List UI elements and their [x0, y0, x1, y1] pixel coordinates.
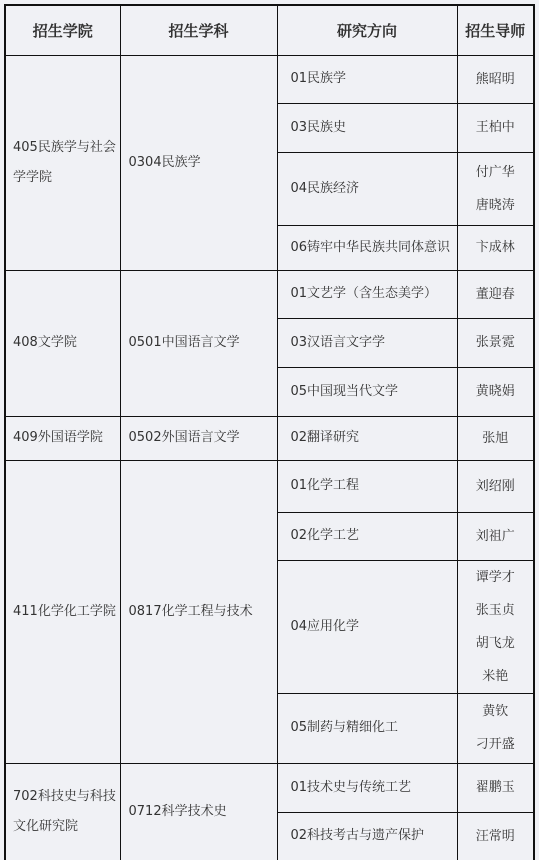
direction-cell: 01化学工程 [277, 460, 457, 512]
header-discipline: 招生学科 [120, 5, 277, 55]
table-row: 411化学化工学院 0817化学工程与技术 01化学工程 刘绍刚 [5, 460, 534, 512]
discipline-cell: 0304民族学 [120, 55, 277, 270]
mentor-cell: 黄钦 刁开盛 [457, 693, 534, 763]
direction-cell: 03汉语言文字学 [277, 318, 457, 367]
header-college: 招生学院 [5, 5, 120, 55]
discipline-cell: 0712科学技术史 [120, 763, 277, 860]
mentor-cell: 谭学才 张玉贞 胡飞龙 米艳 [457, 560, 534, 693]
header-row: 招生学院 招生学科 研究方向 招生导师 [5, 5, 534, 55]
college-cell: 702科技史与科技 文化研究院 [5, 763, 120, 860]
mentor-cell: 张景霓 [457, 318, 534, 367]
table-row: 408文学院 0501中国语言文学 01文艺学（含生态美学） 董迎春 [5, 270, 534, 318]
college-cell: 408文学院 [5, 270, 120, 416]
direction-cell: 01民族学 [277, 55, 457, 103]
discipline-cell: 0502外国语言文学 [120, 416, 277, 460]
mentor-cell: 刘祖广 [457, 512, 534, 560]
discipline-cell: 0501中国语言文学 [120, 270, 277, 416]
mentor-cell: 刘绍刚 [457, 460, 534, 512]
mentor-cell: 卞成林 [457, 225, 534, 270]
mentor-cell: 翟鹏玉 [457, 763, 534, 812]
direction-cell: 04应用化学 [277, 560, 457, 693]
direction-cell: 05中国现当代文学 [277, 367, 457, 416]
college-cell: 405民族学与社会 学学院 [5, 55, 120, 270]
direction-cell: 06铸牢中华民族共同体意识 [277, 225, 457, 270]
direction-cell: 01文艺学（含生态美学） [277, 270, 457, 318]
college-cell: 409外国语学院 [5, 416, 120, 460]
mentor-cell: 熊昭明 [457, 55, 534, 103]
header-mentor: 招生导师 [457, 5, 534, 55]
direction-cell: 02化学工艺 [277, 512, 457, 560]
college-cell: 411化学化工学院 [5, 460, 120, 763]
mentor-cell: 董迎春 [457, 270, 534, 318]
mentor-cell: 付广华 唐晓涛 [457, 152, 534, 225]
header-direction: 研究方向 [277, 5, 457, 55]
direction-cell: 05制药与精细化工 [277, 693, 457, 763]
admissions-table: 招生学院 招生学科 研究方向 招生导师 405民族学与社会 学学院 0304民族… [4, 4, 535, 860]
direction-cell: 02科技考古与遗产保护 [277, 812, 457, 860]
discipline-cell: 0817化学工程与技术 [120, 460, 277, 763]
mentor-cell: 王柏中 [457, 103, 534, 152]
table-row: 702科技史与科技 文化研究院 0712科学技术史 01技术史与传统工艺 翟鹏玉 [5, 763, 534, 812]
table-row: 405民族学与社会 学学院 0304民族学 01民族学 熊昭明 [5, 55, 534, 103]
direction-cell: 03民族史 [277, 103, 457, 152]
mentor-cell: 汪常明 [457, 812, 534, 860]
mentor-cell: 张旭 [457, 416, 534, 460]
direction-cell: 01技术史与传统工艺 [277, 763, 457, 812]
mentor-cell: 黄晓娟 [457, 367, 534, 416]
direction-cell: 02翻译研究 [277, 416, 457, 460]
page: 招生学院 招生学科 研究方向 招生导师 405民族学与社会 学学院 0304民族… [0, 0, 539, 860]
direction-cell: 04民族经济 [277, 152, 457, 225]
table-row: 409外国语学院 0502外国语言文学 02翻译研究 张旭 [5, 416, 534, 460]
